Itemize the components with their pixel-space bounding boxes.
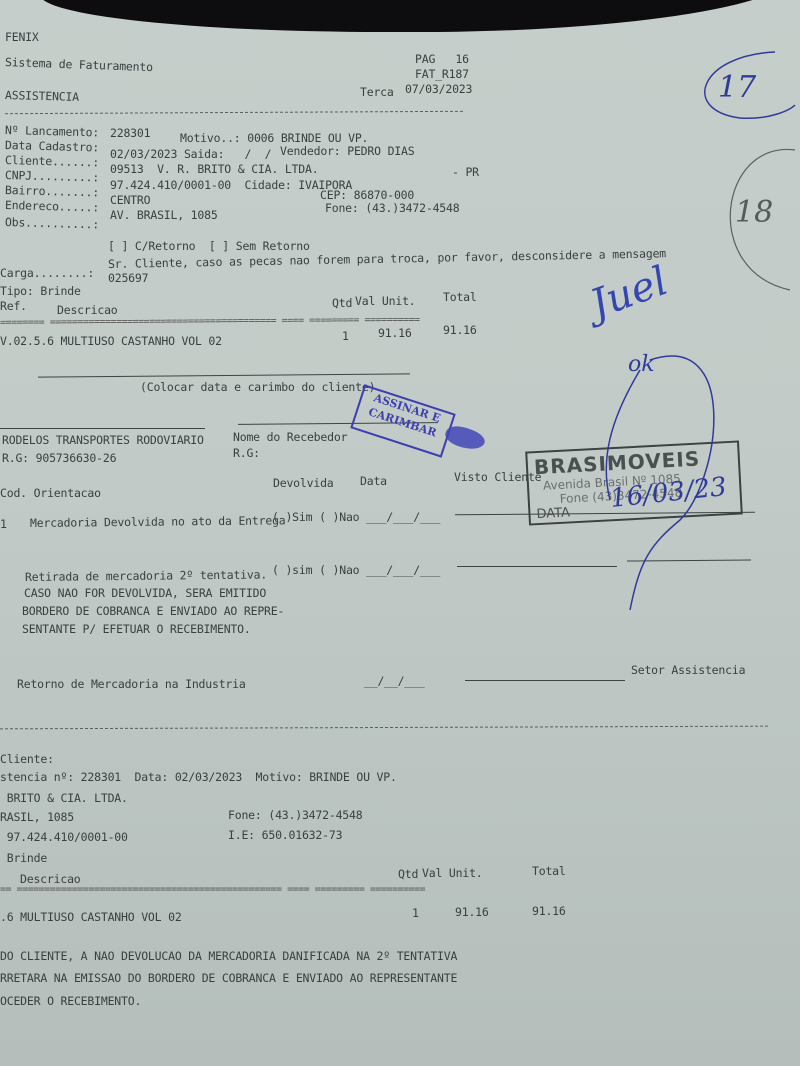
stub-separator: == =====================================… xyxy=(0,884,425,895)
cnpj-label: CNPJ.........: xyxy=(5,168,99,184)
carga-label: Carga........: xyxy=(0,266,94,280)
warning-line-3: SENTANTE P/ EFETUAR O RECEBIMENTO. xyxy=(22,622,251,636)
report-weekday: Terca xyxy=(360,85,394,99)
warning-line-1: CASO NAO FOR DEVOLVIDA, SERA EMITIDO xyxy=(24,586,266,600)
fone-value: Fone: (43.)3472-4548 xyxy=(325,201,459,215)
obs-label: Obs..........: xyxy=(5,215,99,231)
row-qtd: 1 xyxy=(342,329,349,343)
cep-value: CEP: 86870-000 xyxy=(320,188,414,202)
retorno-options: [ ] C/Retorno [ ] Sem Retorno xyxy=(108,239,310,253)
col-ref: Ref. xyxy=(0,299,27,313)
report-code: FAT_R187 xyxy=(415,67,469,81)
stub-col-total: Total xyxy=(532,864,566,878)
return-row2-signature-line-a xyxy=(457,566,617,567)
carrier-name: RODELOS TRANSPORTES RODOVIARIO xyxy=(2,433,204,447)
col-qtd: Qtd xyxy=(332,296,352,310)
col-total: Total xyxy=(443,290,477,304)
carrier-rg: R.G: 905736630-26 xyxy=(2,451,116,465)
row-val-unit: 91.16 xyxy=(378,326,412,340)
system-name: FENIX xyxy=(5,30,39,44)
industry-signature-line xyxy=(465,680,625,681)
carga-value: 025697 xyxy=(108,271,148,285)
receiver-label: Nome do Recebedor xyxy=(233,430,347,444)
bairro-label: Bairro.......: xyxy=(5,183,99,199)
stub-col-val-unit: Val Unit. xyxy=(422,866,483,880)
signature-mark: Juel xyxy=(584,258,673,328)
stub-line-3: RASIL, 1085 xyxy=(0,810,74,824)
stub-tipo: Brinde xyxy=(0,851,47,865)
stub-fone: Fone: (43.)3472-4548 xyxy=(228,808,362,822)
endereco-label: Endereco.....: xyxy=(5,198,99,214)
stub-row-desc: .6 MULTIUSO CASTANHO VOL 02 xyxy=(0,910,182,924)
vendedor: Vendedor: PEDRO DIAS xyxy=(280,144,414,158)
section-title: ASSISTENCIA xyxy=(5,88,79,104)
col-descricao: Descricao xyxy=(57,303,118,317)
stub-ie: I.E: 650.01632-73 xyxy=(228,828,342,842)
page-circle-18: 18 xyxy=(735,195,773,230)
return-row2-text: Retirada de mercadoria 2º tentativa. xyxy=(25,567,267,584)
row-ref-desc: V.02.5.6 MULTIUSO CASTANHO VOL 02 xyxy=(0,334,222,348)
client-stamp-line xyxy=(38,373,410,377)
stub-line-2: BRITO & CIA. LTDA. xyxy=(0,791,128,805)
stub-row-qtd: 1 xyxy=(412,906,419,920)
industry-return-date: __/__/___ xyxy=(364,674,425,688)
tear-line xyxy=(0,726,768,730)
cadastro-value: 02/03/2023 Saida: / / xyxy=(110,147,271,161)
carrier-signature-line xyxy=(0,428,205,429)
stub-line-4: 97.424.410/0001-00 xyxy=(0,830,128,844)
page-number: PAG 16 xyxy=(415,52,469,66)
data-label: Data xyxy=(360,474,387,488)
cliente-label: Cliente......: xyxy=(5,153,99,169)
client-stamp-caption: (Colocar data e carimbo do cliente) xyxy=(140,380,375,394)
motivo: Motivo..: 0006 BRINDE OU VP. xyxy=(180,131,368,145)
lancamento-value: 228301 xyxy=(110,126,150,140)
return-row2-signature-line-b xyxy=(627,559,751,561)
cod-orientacao-label: Cod. Orientacao xyxy=(0,486,101,500)
sector-label: Setor Assistencia xyxy=(631,663,745,677)
system-subtitle: Sistema de Faturamento xyxy=(5,55,153,74)
lancamento-label: Nº Lancamento: xyxy=(5,123,99,139)
stub-row-val-unit: 91.16 xyxy=(455,905,489,919)
receiver-rg: R.G: xyxy=(233,446,260,460)
cadastro-label: Data Cadastro: xyxy=(5,138,99,154)
stamp-hand-icon xyxy=(443,422,487,454)
stub-row-total: 91.16 xyxy=(532,904,566,918)
cliente-value: 09513 V. R. BRITO & CIA. LTDA. xyxy=(110,162,318,176)
col-val-unit: Val Unit. xyxy=(355,294,416,308)
return-row1-options: ( )Sim ( )Nao ___/___/___ xyxy=(272,510,440,524)
warning-line-2: BORDERO DE COBRANCA E ENVIADO AO REPRE- xyxy=(22,604,284,618)
return-row1-text: Mercadoria Devolvida no ato da Entrega xyxy=(30,513,286,530)
stub-title: Cliente: xyxy=(0,752,54,766)
stub-notice-3: OCEDER O RECEBIMENTO. xyxy=(0,994,141,1008)
stub-notice-2: RRETARA NA EMISSAO DO BORDERO DE COBRANC… xyxy=(0,971,457,985)
endereco-value: AV. BRASIL, 1085 xyxy=(110,208,218,222)
stub-notice-1: DO CLIENTE, A NAO DEVOLUCAO DA MERCADORI… xyxy=(0,949,457,963)
bairro-value: CENTRO xyxy=(110,193,150,207)
ok-mark: ok xyxy=(628,352,655,377)
page-circle-17: 17 xyxy=(718,70,756,105)
stub-line-1: stencia nº: 228301 Data: 02/03/2023 Moti… xyxy=(0,770,397,784)
row-total: 91.16 xyxy=(443,323,477,337)
table-separator: ======== ===============================… xyxy=(0,315,420,329)
cnpj-value: 97.424.410/0001-00 Cidade: IVAIPORA xyxy=(110,178,352,192)
stub-col-qtd: Qtd xyxy=(398,867,418,881)
industry-return-text: Retorno de Mercadoria na Industria xyxy=(17,677,246,691)
background-edge xyxy=(40,0,800,32)
assinar-carimbar-stamp: ASSINAR E CARIMBAR xyxy=(350,384,456,457)
tipo: Tipo: Brinde xyxy=(0,284,81,298)
header-divider xyxy=(5,111,463,114)
report-date: 07/03/2023 xyxy=(405,82,472,96)
return-row1-code: 1 xyxy=(0,517,7,531)
document-page: FENIX Sistema de Faturamento ASSISTENCIA… xyxy=(0,0,800,1066)
return-row2-options: ( )sim ( )Nao ___/___/___ xyxy=(272,563,440,577)
devolvida-label: Devolvida xyxy=(273,476,334,490)
stamp-data-label: DATA xyxy=(536,505,570,522)
uf-value: - PR xyxy=(452,165,479,179)
